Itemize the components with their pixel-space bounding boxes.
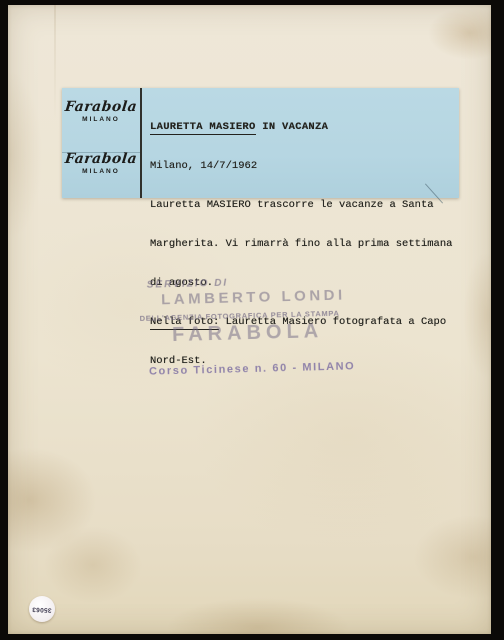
caption-title-rest: IN VACANZA (256, 121, 329, 133)
stamp-farabola: FARABOLA (172, 320, 324, 347)
caption-body-line: Margherita. Vi rimarrà fino alla prima s… (150, 238, 455, 251)
agency-ink-stamp: SERVIZIO DI LAMBERTO LONDI DELL'AGENZIA … (135, 270, 368, 391)
farabola-logo-text: Farabola (61, 100, 141, 115)
farabola-logo-bottom: Farabola MILANO (62, 152, 140, 176)
farabola-logo-city: MILANO (62, 116, 140, 124)
caption-dateline: Milano, 14/7/1962 (150, 160, 455, 173)
archive-number: 35063 (32, 605, 52, 613)
farabola-logo-city: MILANO (62, 168, 140, 176)
archive-number-sticker: 35063 (29, 596, 55, 622)
stamp-address: Corso Ticinese n. 60 - MILANO (149, 360, 356, 377)
farabola-logo-top: Farabola MILANO (62, 100, 140, 124)
paper-crease (54, 5, 56, 120)
photo-back-paper: Farabola MILANO Farabola MILANO LAURETTA… (8, 5, 491, 634)
photo-scan: Farabola MILANO Farabola MILANO LAURETTA… (0, 0, 504, 640)
caption-title-underlined: LAURETTA MASIERO (150, 121, 256, 135)
agency-caption-label: Farabola MILANO Farabola MILANO LAURETTA… (62, 88, 459, 198)
caption-body-line: Lauretta MASIERO trascorre le vacanze a … (150, 199, 455, 212)
stamp-servizio-di: SERVIZIO DI (147, 278, 229, 291)
caption-title: LAURETTA MASIERO IN VACANZA (150, 121, 455, 134)
farabola-logo-text: Farabola (61, 152, 141, 167)
stamp-lamberto-londi: LAMBERTO LONDI (161, 287, 346, 309)
